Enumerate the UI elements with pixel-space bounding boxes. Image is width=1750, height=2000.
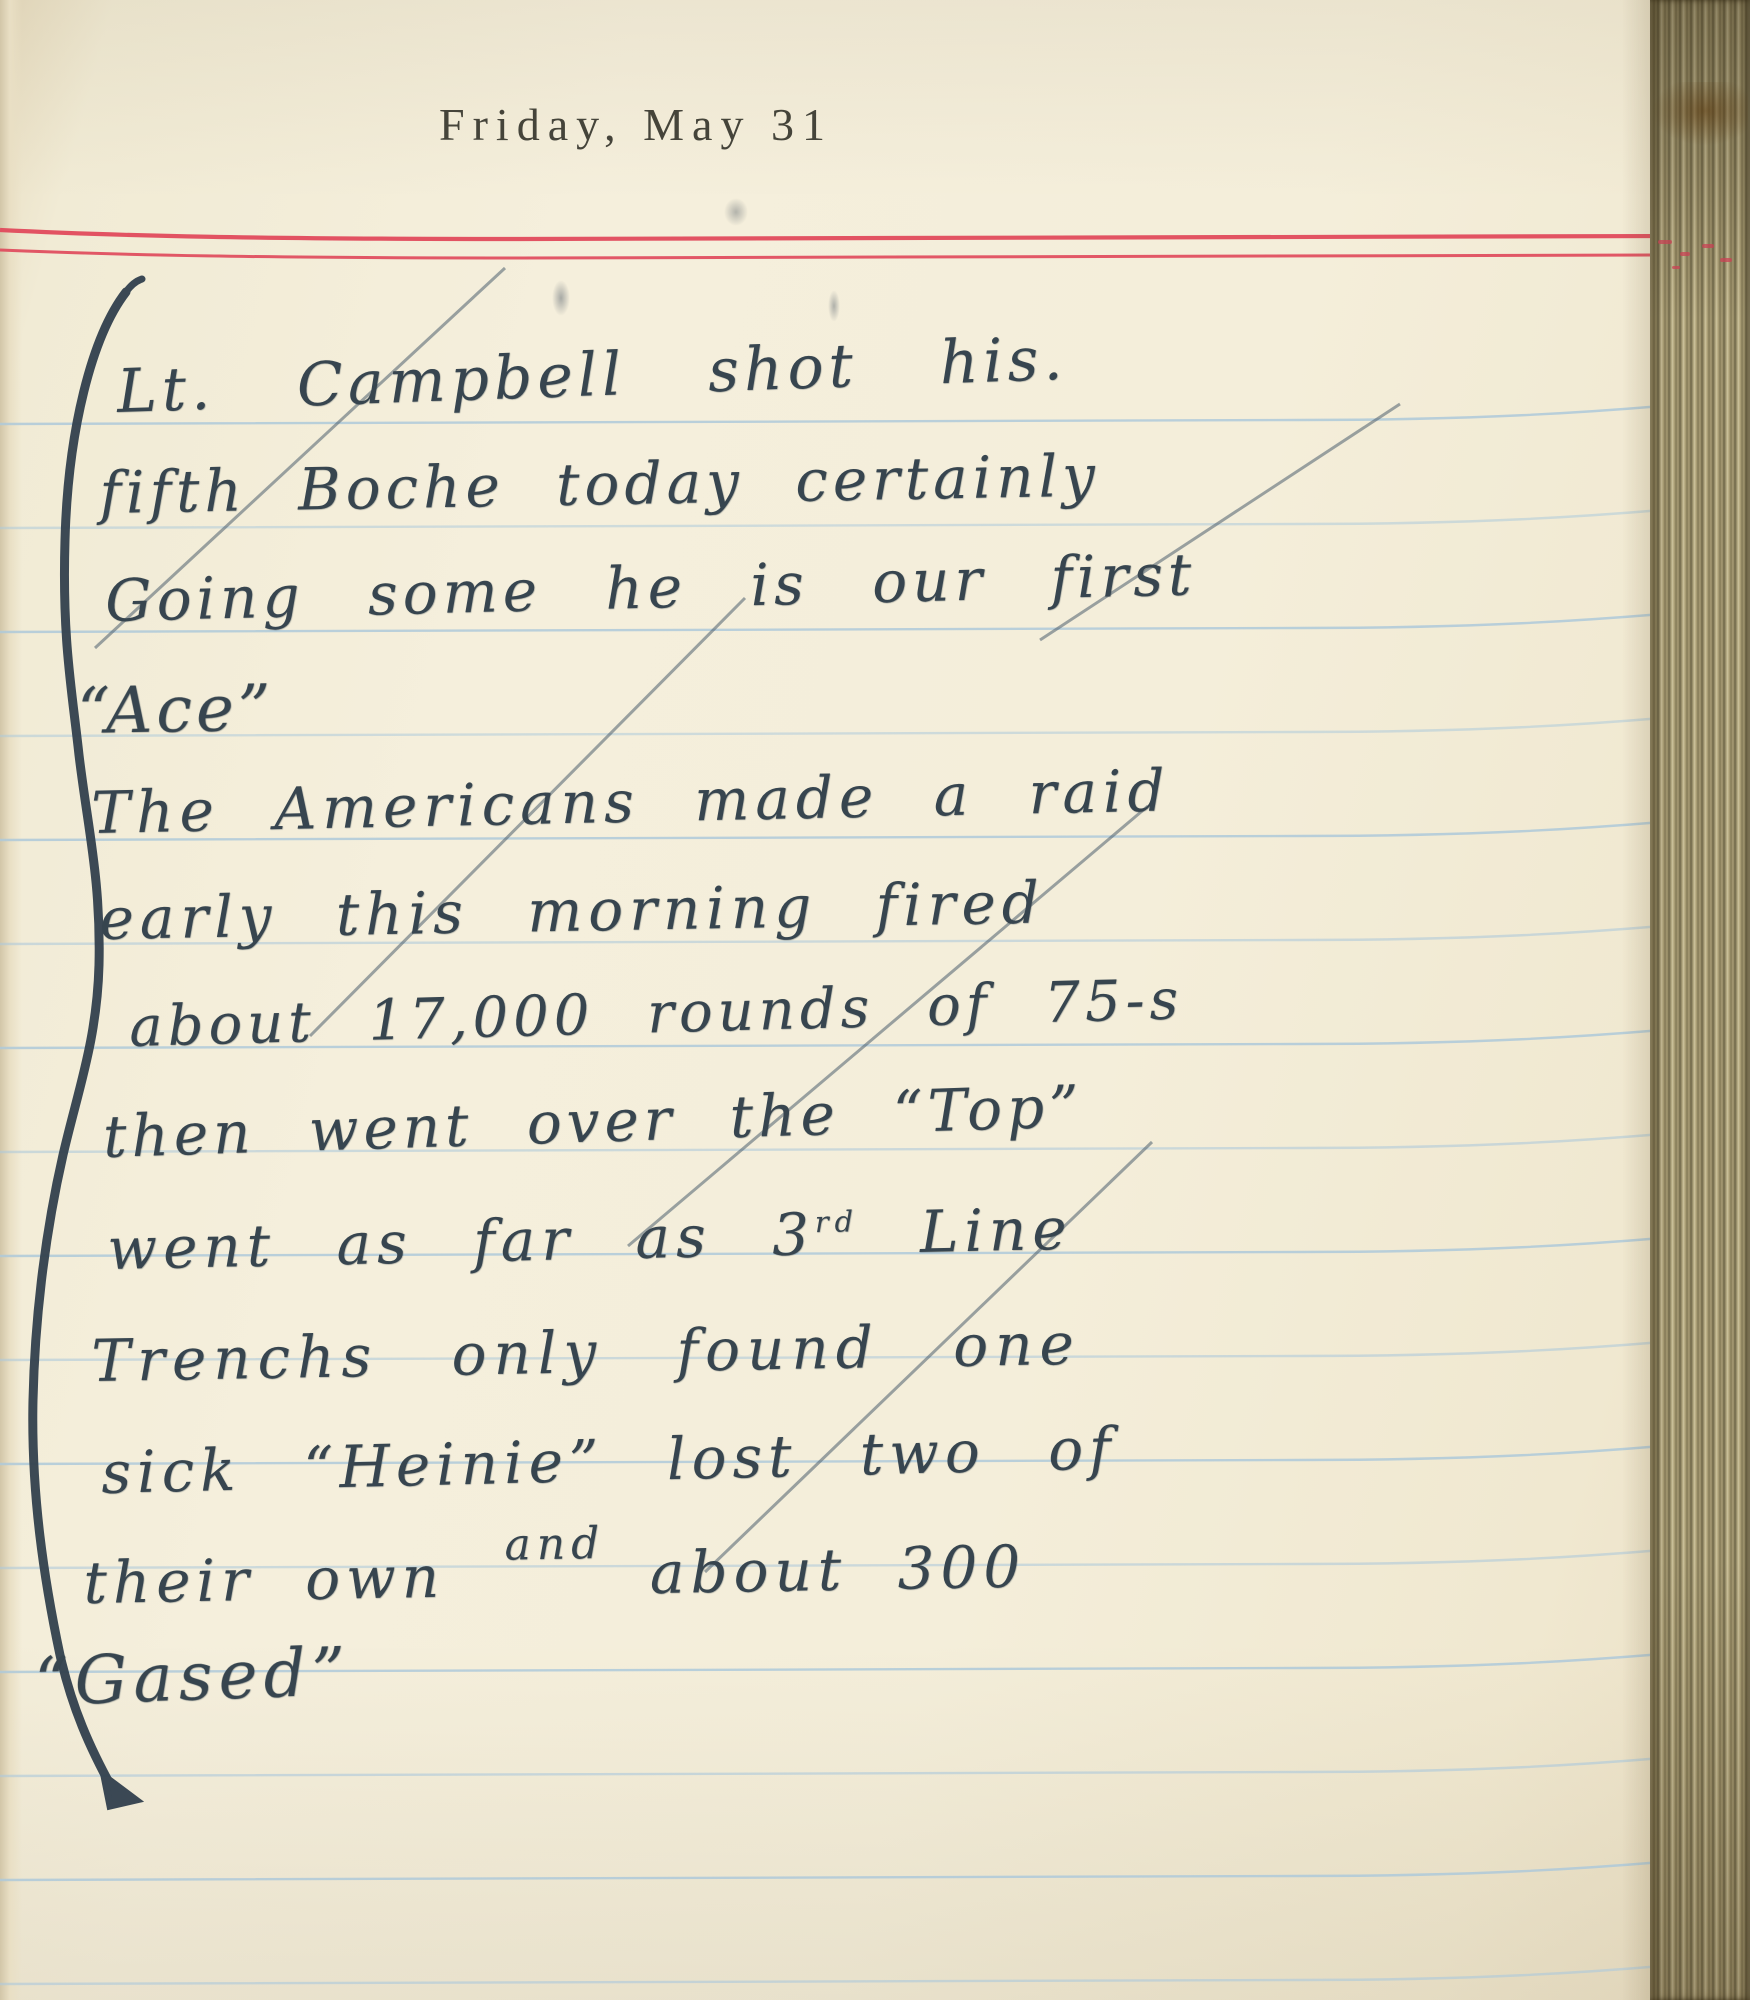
- red-rule-speckle: [1672, 266, 1680, 269]
- blue-rule-line: [0, 1966, 1662, 1984]
- inserted-word: and: [504, 1518, 606, 1571]
- diary-page: Friday, May 31 Lt. Campbell shot his. fi…: [0, 0, 1750, 2000]
- handwritten-line: Trenchs only found one: [91, 1315, 1081, 1390]
- red-rule-speckle: [1702, 244, 1714, 248]
- red-rule-line-top: [0, 230, 1668, 239]
- blue-rule-line: [0, 1862, 1662, 1880]
- ink-brace-tip: [126, 279, 142, 292]
- blue-rule-line: [0, 1758, 1662, 1776]
- ink-smudge: [552, 280, 570, 316]
- page-gutter-shadow: [1622, 0, 1650, 2000]
- red-rule-line-bottom: [0, 250, 1668, 258]
- red-rule-speckle: [1720, 258, 1732, 262]
- ordinal-superscript: rd: [814, 1204, 859, 1239]
- handwritten-line: early this morning fired: [99, 874, 1045, 948]
- handwritten-line: their ownandabout 300: [83, 1538, 1027, 1612]
- printed-date-header: Friday, May 31: [436, 98, 836, 151]
- ink-smudge: [724, 198, 748, 226]
- ink-smudge: [828, 290, 840, 322]
- handwritten-line: “Gased”: [34, 1639, 353, 1716]
- handwritten-line: fifth Boche today certainly: [99, 447, 1100, 522]
- ink-brace-end-hook: [104, 1776, 136, 1806]
- red-rule-speckle: [1658, 240, 1672, 244]
- book-page-edges: [1650, 0, 1750, 2000]
- handwritten-text: Line: [859, 1195, 1074, 1267]
- red-rule-speckle: [1680, 252, 1690, 256]
- handwritten-text: their own: [83, 1543, 446, 1617]
- handwritten-line: “Ace”: [77, 677, 275, 744]
- handwritten-text: about 300: [649, 1533, 1027, 1608]
- binding-stain: [1652, 82, 1748, 146]
